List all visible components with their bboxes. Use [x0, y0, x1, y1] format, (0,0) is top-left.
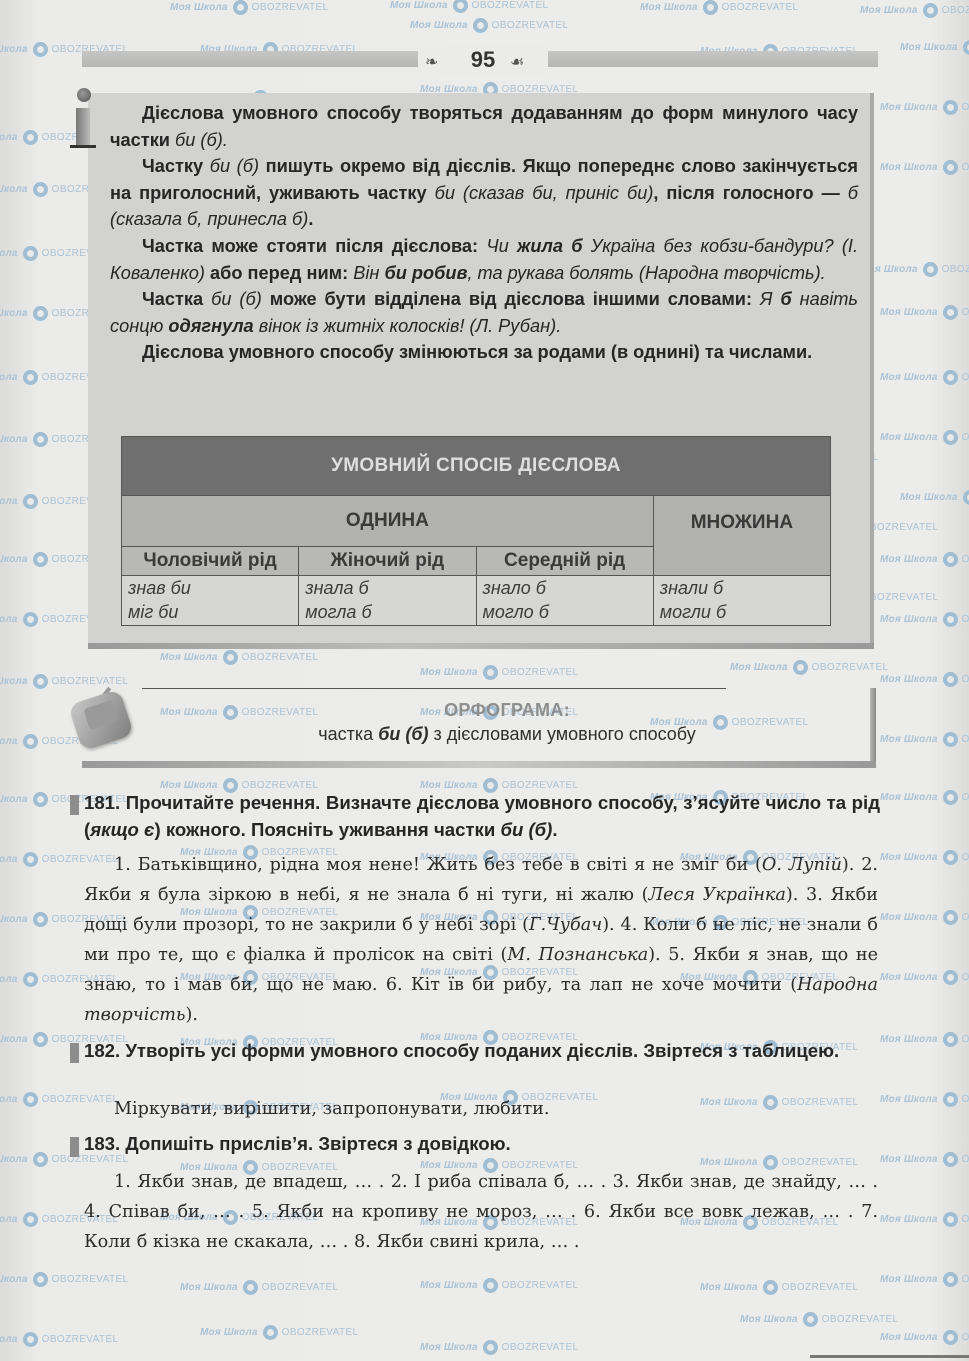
exercise-instruction-italic: якщо є	[90, 819, 154, 840]
watermark-logo-icon	[23, 1092, 38, 1107]
watermark-logo-icon	[943, 1032, 958, 1047]
task-marker-183	[70, 1137, 79, 1157]
watermark: Моя ШколаOBOZREVATEL	[180, 1280, 338, 1295]
conditional-mood-table: УМОВНИЙ СПОСІБ ДІЄСЛОВА ОДНИНА МНОЖИНА Ч…	[121, 436, 831, 626]
watermark-logo-icon	[33, 912, 48, 927]
watermark: Моя ШколаOBOZREVATEL	[900, 40, 969, 55]
watermark-logo-icon	[943, 1092, 958, 1107]
watermark: Моя ШколаOBOZREVATEL	[640, 0, 798, 15]
watermark: Моя ШколаOBOZREVATEL	[160, 650, 318, 665]
pda-device-icon	[66, 684, 150, 750]
watermark: Моя ШколаOBOZREVATEL	[880, 910, 969, 925]
watermark: Моя ШколаOBOZREVATEL	[420, 665, 578, 680]
watermark: Моя ШколаOBOZREVATEL	[880, 430, 969, 445]
exercise-instruction: Допишіть прислів’я. Звіртеся з довідкою.	[120, 1133, 511, 1154]
example-text: Він	[348, 263, 384, 283]
orthogram-bottom-rule	[82, 761, 876, 768]
watermark-logo-icon	[943, 970, 958, 985]
watermark-logo-icon	[33, 552, 48, 567]
watermark: Моя ШколаOBOZREVATEL	[170, 0, 328, 15]
watermark: Моя ШколаOBOZREVATEL	[730, 660, 888, 675]
table-cell-masculine: знав биміг би	[122, 576, 299, 626]
watermark: Моя ШколаOBOZREVATEL	[880, 612, 969, 627]
watermark-logo-icon	[33, 1152, 48, 1167]
watermark: Моя ШколаOBOZREVATEL	[880, 100, 969, 115]
example-text: би (сказав би, приніс би)	[427, 183, 654, 203]
example-verb: би робив	[384, 263, 467, 283]
orthogram-title: ОРФОГРАМА:	[142, 700, 872, 721]
watermark-logo-icon	[23, 734, 38, 749]
watermark-logo-icon	[263, 1325, 278, 1340]
watermark-logo-icon	[33, 1272, 48, 1287]
table-col-feminine: Жіночий рід	[299, 547, 476, 576]
watermark-logo-icon	[923, 262, 938, 277]
exercise-number: 182.	[84, 1040, 120, 1061]
watermark-logo-icon	[243, 1280, 258, 1295]
watermark-logo-icon	[943, 612, 958, 627]
watermark: Моя ШколаOBOZREVATEL	[740, 1312, 898, 1327]
watermark-logo-icon	[23, 972, 38, 987]
watermark-logo-icon	[33, 432, 48, 447]
watermark: Моя ШколаOBOZREVATEL	[880, 1092, 969, 1107]
watermark: Моя ШколаOBOZREVATEL	[0, 1272, 128, 1287]
watermark-logo-icon	[33, 1032, 48, 1047]
orthogram-text: частка би (б) з дієсловами умовного спос…	[142, 724, 872, 745]
watermark: Моя ШколаOBOZREVATEL	[880, 1330, 969, 1345]
watermark-logo-icon	[23, 1332, 38, 1347]
watermark: Моя ШколаOBOZREVATEL	[420, 1278, 578, 1293]
example-verb: б	[780, 289, 791, 309]
exercise-183-proverbs: 1. Якби знав, де впадеш, … . 2. І риба с…	[84, 1167, 878, 1257]
info-paragraph: Частка би (б) може бути відділена від ді…	[110, 286, 858, 339]
orthogram-particle: би (б)	[378, 724, 428, 744]
watermark: Моя ШколаOBOZREVATEL	[880, 370, 969, 385]
exercise-183-body: 1. Якби знав, де впадеш, … . 2. І риба с…	[84, 1167, 878, 1257]
rule-text: може бути відділена від дієслова іншими …	[270, 289, 752, 309]
ornament-left-icon: ❧	[425, 52, 438, 72]
example-verb: жила б	[517, 236, 582, 256]
watermark-logo-icon	[943, 305, 958, 320]
watermark-logo-icon	[453, 0, 468, 13]
exercise-183-heading: 183. Допишіть прислів’я. Звіртеся з дові…	[84, 1131, 880, 1158]
watermark: Моя ШколаOBOZREVATEL	[880, 850, 969, 865]
source-author: Народна творчість	[84, 975, 878, 1025]
table-group-plural: МНОЖИНА	[653, 496, 830, 576]
watermark-logo-icon	[803, 1312, 818, 1327]
rule-text: Частка може стояти після дієслова:	[142, 236, 478, 256]
watermark: Моя ШколаOBOZREVATEL	[880, 1152, 969, 1167]
watermark-logo-icon	[703, 0, 718, 15]
watermark: Моя ШколаOBOZREVATEL	[420, 1340, 578, 1355]
exercise-181-body: 1. Батьківщино, рідна моя нене! Жить без…	[84, 850, 878, 1030]
watermark-logo-icon	[23, 246, 38, 261]
exercise-181-heading: 181. Прочитайте речення. Визначте дієсло…	[84, 790, 880, 843]
watermark-logo-icon	[23, 1212, 38, 1227]
watermark-logo-icon	[23, 494, 38, 509]
watermark-logo-icon	[943, 370, 958, 385]
watermark: Моя ШколаOBOZREVATEL	[390, 0, 548, 13]
watermark-logo-icon	[23, 852, 38, 867]
watermark-logo-icon	[943, 850, 958, 865]
watermark-logo-icon	[763, 1280, 778, 1295]
watermark: Моя ШколаOBOZREVATEL	[860, 3, 969, 18]
watermark-logo-icon	[943, 1152, 958, 1167]
watermark-logo-icon	[943, 790, 958, 805]
table-group-singular: ОДНИНА	[122, 496, 654, 547]
watermark: Моя ШколаOBOZREVATEL	[880, 790, 969, 805]
ornament-right-icon: ☙	[510, 52, 524, 72]
watermark: Моя ШколаOBOZREVATEL	[880, 552, 969, 567]
rule-text: Частка	[142, 289, 203, 309]
punctuation: .	[308, 209, 313, 229]
task-marker-181	[70, 795, 79, 815]
info-paragraph: Частку би (б) пишуть окремо від дієслів.…	[110, 153, 858, 233]
table-cell-plural: знали бмогли б	[653, 576, 830, 626]
example-verb: одягнула	[168, 316, 253, 336]
exercise-instruction-italic: би (б)	[500, 819, 552, 840]
watermark: Моя ШколаOBOZREVATEL	[880, 1032, 969, 1047]
source-author: Леся Українка	[648, 885, 785, 905]
watermark: Моя ШколаOBOZREVATEL	[880, 1272, 969, 1287]
watermark: Моя ШколаOBOZREVATEL	[200, 1325, 358, 1340]
watermark-logo-icon	[483, 665, 498, 680]
watermark-logo-icon	[33, 674, 48, 689]
orthogram-text-part: частка	[318, 724, 378, 744]
example-text: , та рукава болять (Народна творчість).	[467, 263, 825, 283]
watermark-logo-icon	[943, 1212, 958, 1227]
source-author: М. Познанська	[507, 945, 648, 965]
orthogram-top-rule	[142, 688, 726, 689]
rule-text: Дієслова умовного способу змінюються за …	[142, 342, 812, 362]
watermark: Моя ШколаOBOZREVATEL	[880, 1212, 969, 1227]
watermark: Моя ШколаOBOZREVATEL	[410, 18, 568, 33]
watermark-logo-icon	[33, 42, 48, 57]
watermark-logo-icon	[943, 1330, 958, 1345]
watermark: Моя ШколаOBOZREVATEL	[880, 305, 969, 320]
watermark-logo-icon	[23, 370, 38, 385]
watermark: Моя ШколаOBOZREVATEL	[860, 262, 969, 277]
table-col-masculine: Чоловічий рід	[122, 547, 299, 576]
watermark-logo-icon	[943, 552, 958, 567]
info-i-icon	[68, 88, 100, 150]
exercise-182-body: Міркувати, вирішити, запропонувати, люби…	[84, 1094, 878, 1124]
watermark-logo-icon	[963, 40, 969, 55]
table-title: УМОВНИЙ СПОСІБ ДІЄСЛОВА	[122, 437, 831, 496]
example-text: вінок із житніх колосків! (Л. Рубан).	[254, 316, 562, 336]
watermark-logo-icon	[33, 182, 48, 197]
watermark-logo-icon	[23, 130, 38, 145]
example-text: Чи	[478, 236, 517, 256]
example-text: Я	[752, 289, 780, 309]
info-paragraph: Дієслова умовного способу змінюються за …	[110, 339, 858, 366]
table-row: знав биміг би знала бмогла б знало бмогл…	[122, 576, 831, 626]
particle-text: би (б)	[203, 289, 270, 309]
exercise-instruction: ) кожного. Поясніть уживання частки	[155, 819, 501, 840]
watermark-logo-icon	[793, 660, 808, 675]
source-author: Г.Чубач	[529, 915, 602, 935]
watermark: Моя ШколаOBOZREVATEL	[900, 490, 969, 505]
watermark-logo-icon	[943, 100, 958, 115]
table-cell-neuter: знало бмогло б	[476, 576, 653, 626]
info-text: Дієслова умовного способу творяться дода…	[110, 100, 858, 366]
watermark: Моя ШколаOBOZREVATEL	[880, 732, 969, 747]
watermark-logo-icon	[943, 1272, 958, 1287]
watermark-logo-icon	[23, 612, 38, 627]
page-bottom-rule	[810, 1355, 969, 1358]
info-box-bottom-rule	[88, 643, 874, 649]
watermark-logo-icon	[943, 910, 958, 925]
watermark-logo-icon	[963, 490, 969, 505]
watermark-logo-icon	[943, 430, 958, 445]
exercise-number: 183.	[84, 1133, 120, 1154]
exercise-instruction: Утворіть усі форми умовного способу пода…	[120, 1040, 839, 1061]
watermark-logo-icon	[33, 306, 48, 321]
task-marker-182	[70, 1043, 79, 1063]
exercise-182-verbs: Міркувати, вирішити, запропонувати, люби…	[84, 1094, 878, 1124]
watermark: Моя ШколаOBOZREVATEL	[700, 1280, 858, 1295]
particle-text: би (б)	[203, 156, 265, 176]
table-col-neuter: Середній рід	[476, 547, 653, 576]
rule-text: Частку	[142, 156, 203, 176]
table-cell-feminine: знала бмогла б	[299, 576, 476, 626]
orthogram-text-part: з дієсловами умовного способу	[428, 724, 695, 744]
watermark-logo-icon	[223, 650, 238, 665]
watermark: Моя ШколаOBOZREVATEL	[880, 160, 969, 175]
watermark: Моя ШколаOBOZREVATEL	[880, 672, 969, 687]
watermark-logo-icon	[943, 732, 958, 747]
rule-text: , після голосного —	[653, 183, 839, 203]
source-author: О. Лупій	[762, 855, 842, 875]
watermark-logo-icon	[483, 1278, 498, 1293]
exercise-182-heading: 182. Утворіть усі форми умовного способу…	[84, 1038, 880, 1065]
watermark-logo-icon	[483, 1340, 498, 1355]
rule-text: або перед ним:	[210, 263, 348, 283]
exercise-instruction: .	[552, 819, 557, 840]
watermark: Моя ШколаOBOZREVATEL	[0, 1332, 118, 1347]
watermark-logo-icon	[923, 3, 938, 18]
info-paragraph: Дієслова умовного способу творяться дода…	[110, 100, 858, 153]
watermark-logo-icon	[233, 0, 248, 15]
info-paragraph: Частка може стояти після дієслова: Чи жи…	[110, 233, 858, 286]
watermark: Моя ШколаOBOZREVATEL	[880, 970, 969, 985]
exercise-number: 181.	[84, 792, 120, 813]
exercise-181-sentences: 1. Батьківщино, рідна моя нене! Жить без…	[84, 850, 878, 1030]
watermark-logo-icon	[943, 160, 958, 175]
watermark-logo-icon	[473, 18, 488, 33]
particle-text: би (б).	[170, 130, 228, 150]
page-number: 95	[471, 47, 495, 72]
watermark-logo-icon	[943, 672, 958, 687]
watermark-logo-icon	[33, 792, 48, 807]
